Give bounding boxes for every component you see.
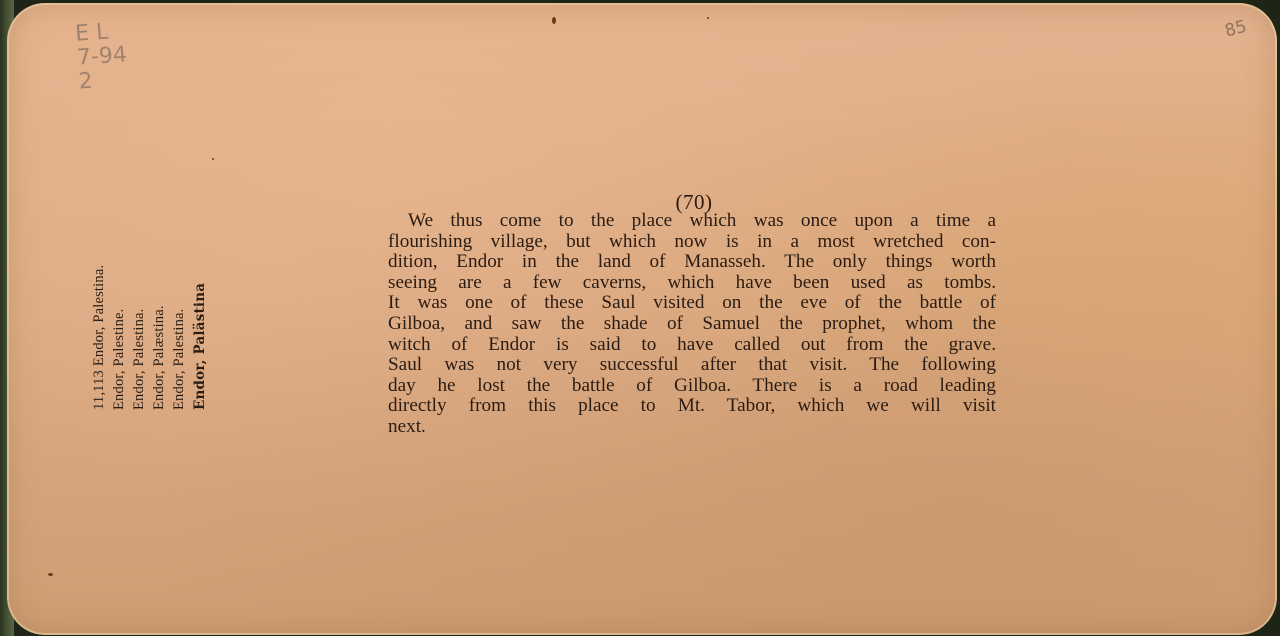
text-line: next. xyxy=(388,417,996,438)
text-line: seeing are a few caverns, which have bee… xyxy=(388,273,996,294)
paper-speck xyxy=(48,573,53,576)
pencil-note-line: 7-94 xyxy=(76,43,127,70)
pencil-annotation-top-right: 85 xyxy=(1223,17,1249,42)
text-line: It was one of these Saul visited on the … xyxy=(388,293,996,314)
description-text: We thus come to the place which was once… xyxy=(388,211,996,438)
catalog-title: Endor, Palestina. xyxy=(131,309,148,410)
pencil-note-line: 2 xyxy=(78,67,129,94)
stereoview-card-back: E L 7-94 2 85 11,113 Endor, Palestina. E… xyxy=(7,3,1277,635)
paper-speck xyxy=(212,158,214,160)
pencil-annotation-top-left: E L 7-94 2 xyxy=(75,19,130,94)
paper-speck xyxy=(552,17,556,24)
catalog-title-english: 11,113 Endor, Palestina. xyxy=(91,265,108,410)
paper-speck xyxy=(707,17,709,19)
text-line: witch of Endor is said to have called ou… xyxy=(388,335,996,356)
catalog-titles: 11,113 Endor, Palestina. Endor, Palestin… xyxy=(98,230,218,410)
catalog-title-german: Endor, Palästina xyxy=(192,283,208,410)
catalog-title: Endor, Palestina. xyxy=(171,309,188,410)
catalog-title: Endor, Palestine. xyxy=(111,309,128,410)
text-line: day he lost the battle of Gilboa. There … xyxy=(388,376,996,397)
text-line: dition, Endor in the land of Manasseh. T… xyxy=(388,252,996,273)
text-line: Gilboa, and saw the shade of Samuel the … xyxy=(388,314,996,335)
catalog-title: Endor, Palæstina. xyxy=(151,305,168,410)
text-line: directly from this place to Mt. Tabor, w… xyxy=(388,396,996,417)
text-line: We thus come to the place which was once… xyxy=(388,211,996,232)
text-line: flourishing village, but which now is in… xyxy=(388,232,996,253)
text-line: Saul was not very successful after that … xyxy=(388,355,996,376)
